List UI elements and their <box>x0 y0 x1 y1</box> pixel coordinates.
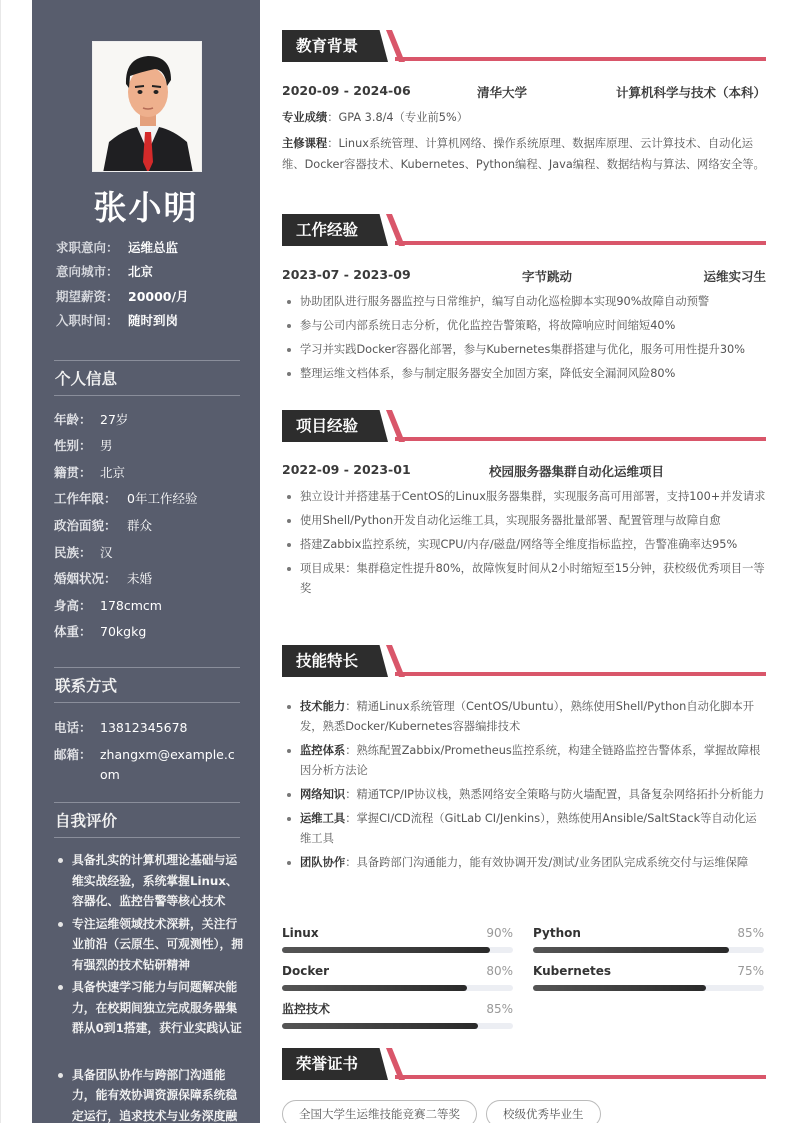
progress-track <box>533 985 764 991</box>
progress-fill <box>282 985 467 991</box>
evaluation-list: 具备扎实的计算机理论基础与运维实战经验，系统掌握Linux、容器化、监控告警等核… <box>54 850 240 1123</box>
skill-percent: 75% <box>737 963 764 979</box>
info-label: 籍贯： <box>54 464 100 482</box>
education-courses: 主修课程：Linux系统管理、计算机网络、操作系统原理、数据库原理、云计算技术、… <box>282 134 766 175</box>
progress-fill <box>533 947 729 953</box>
skill-bullet: 运维工具：掌握CI/CD流程（GitLab CI/Jenkins），熟练使用An… <box>282 809 766 849</box>
evaluation-item: 具备团队协作与跨部门沟通能力，能有效协调资源保障系统稳定运行，追求技术与业务深度… <box>72 1065 244 1123</box>
intent-row-start: 入职时间： 随时到岗 <box>56 309 246 333</box>
info-value: 未婚 <box>127 570 152 588</box>
info-value: 男 <box>100 437 113 455</box>
project-row: 2022-09 - 2023-01 校园服务器集群自动化运维项目 <box>282 462 766 477</box>
project-period: 2022-09 - 2023-01 <box>282 462 411 477</box>
info-row: 性别：男 <box>54 437 240 455</box>
header-underline <box>395 672 766 676</box>
project-name: 校园服务器集群自动化运维项目 <box>489 462 664 480</box>
intent-label: 入职时间： <box>56 309 128 333</box>
progress-track <box>282 1023 513 1029</box>
skill-percent: 85% <box>486 1001 513 1017</box>
education-gpa: 专业成绩：GPA 3.8/4（专业前5%） <box>282 108 766 129</box>
education-header: 教育背景 <box>282 30 766 62</box>
work-header: 工作经验 <box>282 214 766 246</box>
courses-label: 主修课程 <box>282 137 327 150</box>
skill-name: Kubernetes <box>533 963 611 979</box>
skill-bar-linux: Linux90% <box>282 925 513 953</box>
skill-name: 监控技术 <box>282 1001 330 1017</box>
info-value: 70kgkg <box>100 623 146 641</box>
project-bullet: 搭建Zabbix监控系统，实现CPU/内存/磁盘/网络等全维度指标监控，告警准确… <box>282 535 766 555</box>
skill-text: ：熟练配置Zabbix/Prometheus监控系统，构建全链路监控告警体系，掌… <box>300 744 760 777</box>
info-row: 民族：汉 <box>54 544 240 562</box>
skills-bullets: 技术能力：精通Linux系统管理（CentOS/Ubuntu），熟练使用Shel… <box>282 697 766 877</box>
info-label: 身高： <box>54 597 100 615</box>
contact-value[interactable]: zhangxm@example.com <box>100 745 240 785</box>
education-period: 2020-09 - 2024-06 <box>282 83 411 101</box>
work-bullets: 协助团队进行服务器监控与日常维护，编写自动化巡检脚本实现90%故障自动预警 参与… <box>282 292 766 388</box>
info-row: 工作年限：0年工作经验 <box>54 490 240 508</box>
honors-header: 荣誉证书 <box>282 1048 766 1080</box>
work-bullet: 参与公司内部系统日志分析，优化监控告警策略，将故障响应时间缩短40% <box>282 316 766 336</box>
progress-fill <box>282 1023 478 1029</box>
honor-badge: 全国大学生运维技能竞赛二等奖 <box>282 1100 477 1123</box>
header-underline <box>395 1075 766 1079</box>
work-bullet: 学习并实践Docker容器化部署，参与Kubernetes集群搭建与优化，服务可… <box>282 340 766 360</box>
candidate-name: 张小明 <box>32 182 260 229</box>
skill-percent: 90% <box>486 925 513 941</box>
skill-label: 监控体系 <box>300 744 345 757</box>
project-header: 项目经验 <box>282 410 766 442</box>
skill-name: Docker <box>282 963 329 979</box>
gpa-value: ：GPA 3.8/4（专业前5%） <box>327 111 468 124</box>
evaluation-item: 专注运维领域技术深耕，关注行业前沿（云原生、可观测性），拥有强烈的技术钻研精神 <box>72 914 244 976</box>
intent-value: 运维总监 <box>128 236 178 260</box>
work-bullet: 协助团队进行服务器监控与日常维护，编写自动化巡检脚本实现90%故障自动预警 <box>282 292 766 312</box>
section-title: 技能特长 <box>282 645 388 677</box>
intent-value: 北京 <box>128 260 153 284</box>
skill-percent: 80% <box>486 963 513 979</box>
work-company: 字节跳动 <box>522 267 572 285</box>
self-evaluation-section: 自我评价 具备扎实的计算机理论基础与运维实战经验，系统掌握Linux、容器化、监… <box>54 802 240 1123</box>
info-row: 政治面貌：群众 <box>54 517 240 535</box>
info-label: 性别： <box>54 437 100 455</box>
section-title: 自我评价 <box>54 802 240 838</box>
info-label: 工作年限： <box>54 490 127 508</box>
avatar-portrait-icon <box>93 42 202 172</box>
skill-bar-python: Python85% <box>533 925 764 953</box>
skill-bar-docker: Docker80% <box>282 963 513 991</box>
header-underline <box>395 437 766 441</box>
progress-fill <box>533 985 706 991</box>
intent-value: 20000/月 <box>128 285 189 309</box>
skill-percent: 85% <box>737 925 764 941</box>
skills-header: 技能特长 <box>282 645 766 677</box>
education-row: 2020-09 - 2024-06 清华大学 计算机科学与技术（本科） <box>282 83 766 101</box>
intent-row-salary: 期望薪资： 20000/月 <box>56 285 246 309</box>
intent-row-city: 意向城市： 北京 <box>56 260 246 284</box>
skill-bar-kubernetes: Kubernetes75% <box>533 963 764 991</box>
info-label: 政治面貌： <box>54 517 127 535</box>
header-underline <box>395 241 766 245</box>
skill-bullet: 网络知识：精通TCP/IP协议栈，熟悉网络安全策略与防火墙配置，具备复杂网络拓扑… <box>282 785 766 805</box>
skill-text: ：精通TCP/IP协议栈，熟悉网络安全策略与防火墙配置，具备复杂网络拓扑分析能力 <box>345 788 764 801</box>
contact-label: 电话： <box>54 718 100 738</box>
job-intent: 求职意向： 运维总监 意向城市： 北京 期望薪资： 20000/月 入职时间： … <box>56 236 246 333</box>
info-label: 婚姻状况： <box>54 570 127 588</box>
gpa-label: 专业成绩 <box>282 111 327 124</box>
evaluation-item: 具备快速学习能力与问题解决能力，在校期间独立完成服务器集群从0到1搭建，获行业实… <box>72 977 244 1039</box>
info-label: 体重： <box>54 623 100 641</box>
work-period: 2023-07 - 2023-09 <box>282 267 411 285</box>
info-value: 北京 <box>100 464 125 482</box>
skill-label: 团队协作 <box>300 856 345 869</box>
header-underline <box>395 57 766 61</box>
section-title: 个人信息 <box>54 360 240 396</box>
info-label: 年龄： <box>54 411 100 429</box>
section-title: 教育背景 <box>282 30 388 62</box>
intent-label: 求职意向： <box>56 236 128 260</box>
info-row: 身高：178cmcm <box>54 597 240 615</box>
skill-bullet: 团队协作：具备跨部门沟通能力，能有效协调开发/测试/业务团队完成系统交付与运维保… <box>282 853 766 873</box>
info-value: 群众 <box>127 517 152 535</box>
contact-label: 邮箱： <box>54 745 100 785</box>
info-value: 178cmcm <box>100 597 162 615</box>
info-row: 年龄：27岁 <box>54 411 240 429</box>
work-row: 2023-07 - 2023-09 字节跳动 运维实习生 <box>282 267 766 285</box>
skill-name: Linux <box>282 925 319 941</box>
progress-fill <box>282 947 490 953</box>
sidebar: 张小明 求职意向： 运维总监 意向城市： 北京 期望薪资： 20000/月 入职… <box>32 0 260 1123</box>
avatar <box>92 41 202 172</box>
skill-bullet: 技术能力：精通Linux系统管理（CentOS/Ubuntu），熟练使用Shel… <box>282 697 766 737</box>
skill-bullet: 监控体系：熟练配置Zabbix/Prometheus监控系统，构建全链路监控告警… <box>282 741 766 781</box>
contact-email: 邮箱：zhangxm@example.com <box>54 745 240 785</box>
personal-info-section: 个人信息 年龄：27岁 性别：男 籍贯：北京 工作年限：0年工作经验 政治面貌：… <box>54 360 240 641</box>
resume-page: 张小明 求职意向： 运维总监 意向城市： 北京 期望薪资： 20000/月 入职… <box>0 0 794 1123</box>
skill-label: 技术能力 <box>300 700 345 713</box>
contact-section: 联系方式 电话：13812345678 邮箱：zhangxm@example.c… <box>54 667 240 785</box>
info-value: 0年工作经验 <box>127 490 197 508</box>
skill-text: ：具备跨部门沟通能力，能有效协调开发/测试/业务团队完成系统交付与运维保障 <box>345 856 748 869</box>
intent-label: 意向城市： <box>56 260 128 284</box>
info-row: 体重：70kgkg <box>54 623 240 641</box>
project-bullet: 使用Shell/Python开发自动化运维工具，实现服务器批量部署、配置管理与故… <box>282 511 766 531</box>
skill-text: ：精通Linux系统管理（CentOS/Ubuntu），熟练使用Shell/Py… <box>300 700 754 733</box>
info-row: 婚姻状况：未婚 <box>54 570 240 588</box>
skill-text: ：掌握CI/CD流程（GitLab CI/Jenkins），熟练使用Ansibl… <box>300 812 757 845</box>
intent-value: 随时到岗 <box>128 309 178 333</box>
progress-track <box>282 985 513 991</box>
section-title: 联系方式 <box>54 667 240 703</box>
info-value: 27岁 <box>100 411 128 429</box>
honor-badge: 校级优秀毕业生 <box>486 1100 601 1123</box>
courses-value: ：Linux系统管理、计算机网络、操作系统原理、数据库原理、云计算技术、自动化运… <box>282 137 765 171</box>
work-bullet: 整理运维文档体系，参与制定服务器安全加固方案，降低安全漏洞风险80% <box>282 364 766 384</box>
intent-row-position: 求职意向： 运维总监 <box>56 236 246 260</box>
section-title: 工作经验 <box>282 214 388 246</box>
project-bullet: 项目成果：集群稳定性提升80%，故障恢复时间从2小时缩短至15分钟，获校级优秀项… <box>282 559 766 599</box>
contact-value: 13812345678 <box>100 718 240 738</box>
skill-label: 运维工具 <box>300 812 345 825</box>
info-value: 汉 <box>100 544 113 562</box>
info-row: 籍贯：北京 <box>54 464 240 482</box>
progress-track <box>533 947 764 953</box>
project-bullets: 独立设计并搭建基于CentOS的Linux服务器集群，实现服务高可用部署，支持1… <box>282 487 766 603</box>
education-school: 清华大学 <box>477 83 527 101</box>
info-label: 民族： <box>54 544 100 562</box>
intent-label: 期望薪资： <box>56 285 128 309</box>
project-bullet: 独立设计并搭建基于CentOS的Linux服务器集群，实现服务高可用部署，支持1… <box>282 487 766 507</box>
honors-list: 全国大学生运维技能竞赛二等奖 校级优秀毕业生 <box>282 1100 601 1123</box>
education-major: 计算机科学与技术（本科） <box>616 83 766 101</box>
skill-bar-monitoring: 监控技术85% <box>282 1001 513 1029</box>
evaluation-item: 具备扎实的计算机理论基础与运维实战经验，系统掌握Linux、容器化、监控告警等核… <box>72 850 244 912</box>
work-role: 运维实习生 <box>703 267 766 285</box>
section-title: 项目经验 <box>282 410 388 442</box>
progress-track <box>282 947 513 953</box>
section-title: 荣誉证书 <box>282 1048 388 1080</box>
skill-label: 网络知识 <box>300 788 345 801</box>
contact-phone: 电话：13812345678 <box>54 718 240 738</box>
skill-name: Python <box>533 925 581 941</box>
